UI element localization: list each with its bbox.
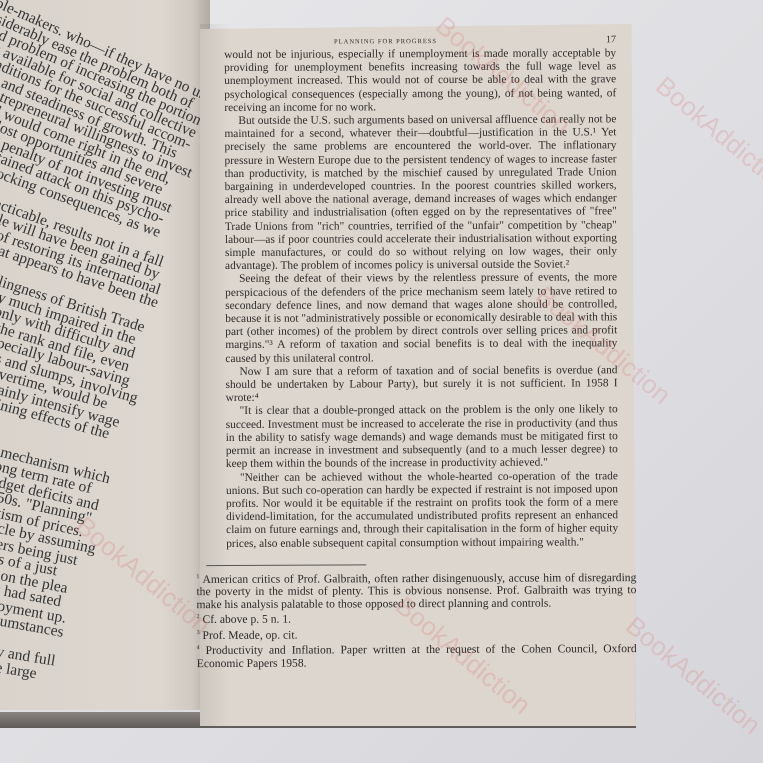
paragraph: would not be injurious, especially if un… bbox=[224, 47, 616, 115]
right-page-content: PLANNING FOR PROGRESS 17 would not be in… bbox=[224, 34, 619, 670]
running-header: PLANNING FOR PROGRESS 17 bbox=[334, 34, 616, 46]
page-number: 17 bbox=[606, 34, 616, 45]
paragraph: But outside the U.S. such arguments base… bbox=[224, 113, 617, 273]
footnote: 1 American critics of Prof. Galbraith, o… bbox=[196, 569, 636, 612]
quotation: "It is clear that a double-pronged attac… bbox=[226, 404, 618, 472]
footnote: 4 Productivity and Inflation. Paper writ… bbox=[197, 640, 637, 670]
paragraph: Now I am sure that a reform of taxation … bbox=[225, 364, 617, 405]
quotation: "Neither can be achieved without the who… bbox=[226, 470, 618, 551]
paragraph: Seeing the defeat of their views by the … bbox=[225, 272, 617, 366]
left-page-text: able-makers. who—if they have no usefuln… bbox=[0, 0, 210, 676]
left-page: able-makers. who—if they have no usefuln… bbox=[0, 0, 210, 710]
footnotes: 1 American critics of Prof. Galbraith, o… bbox=[196, 569, 636, 671]
footnote-rule bbox=[206, 564, 366, 566]
running-header-title: PLANNING FOR PROGRESS bbox=[334, 38, 437, 45]
body-text: would not be injurious, especially if un… bbox=[224, 47, 618, 550]
